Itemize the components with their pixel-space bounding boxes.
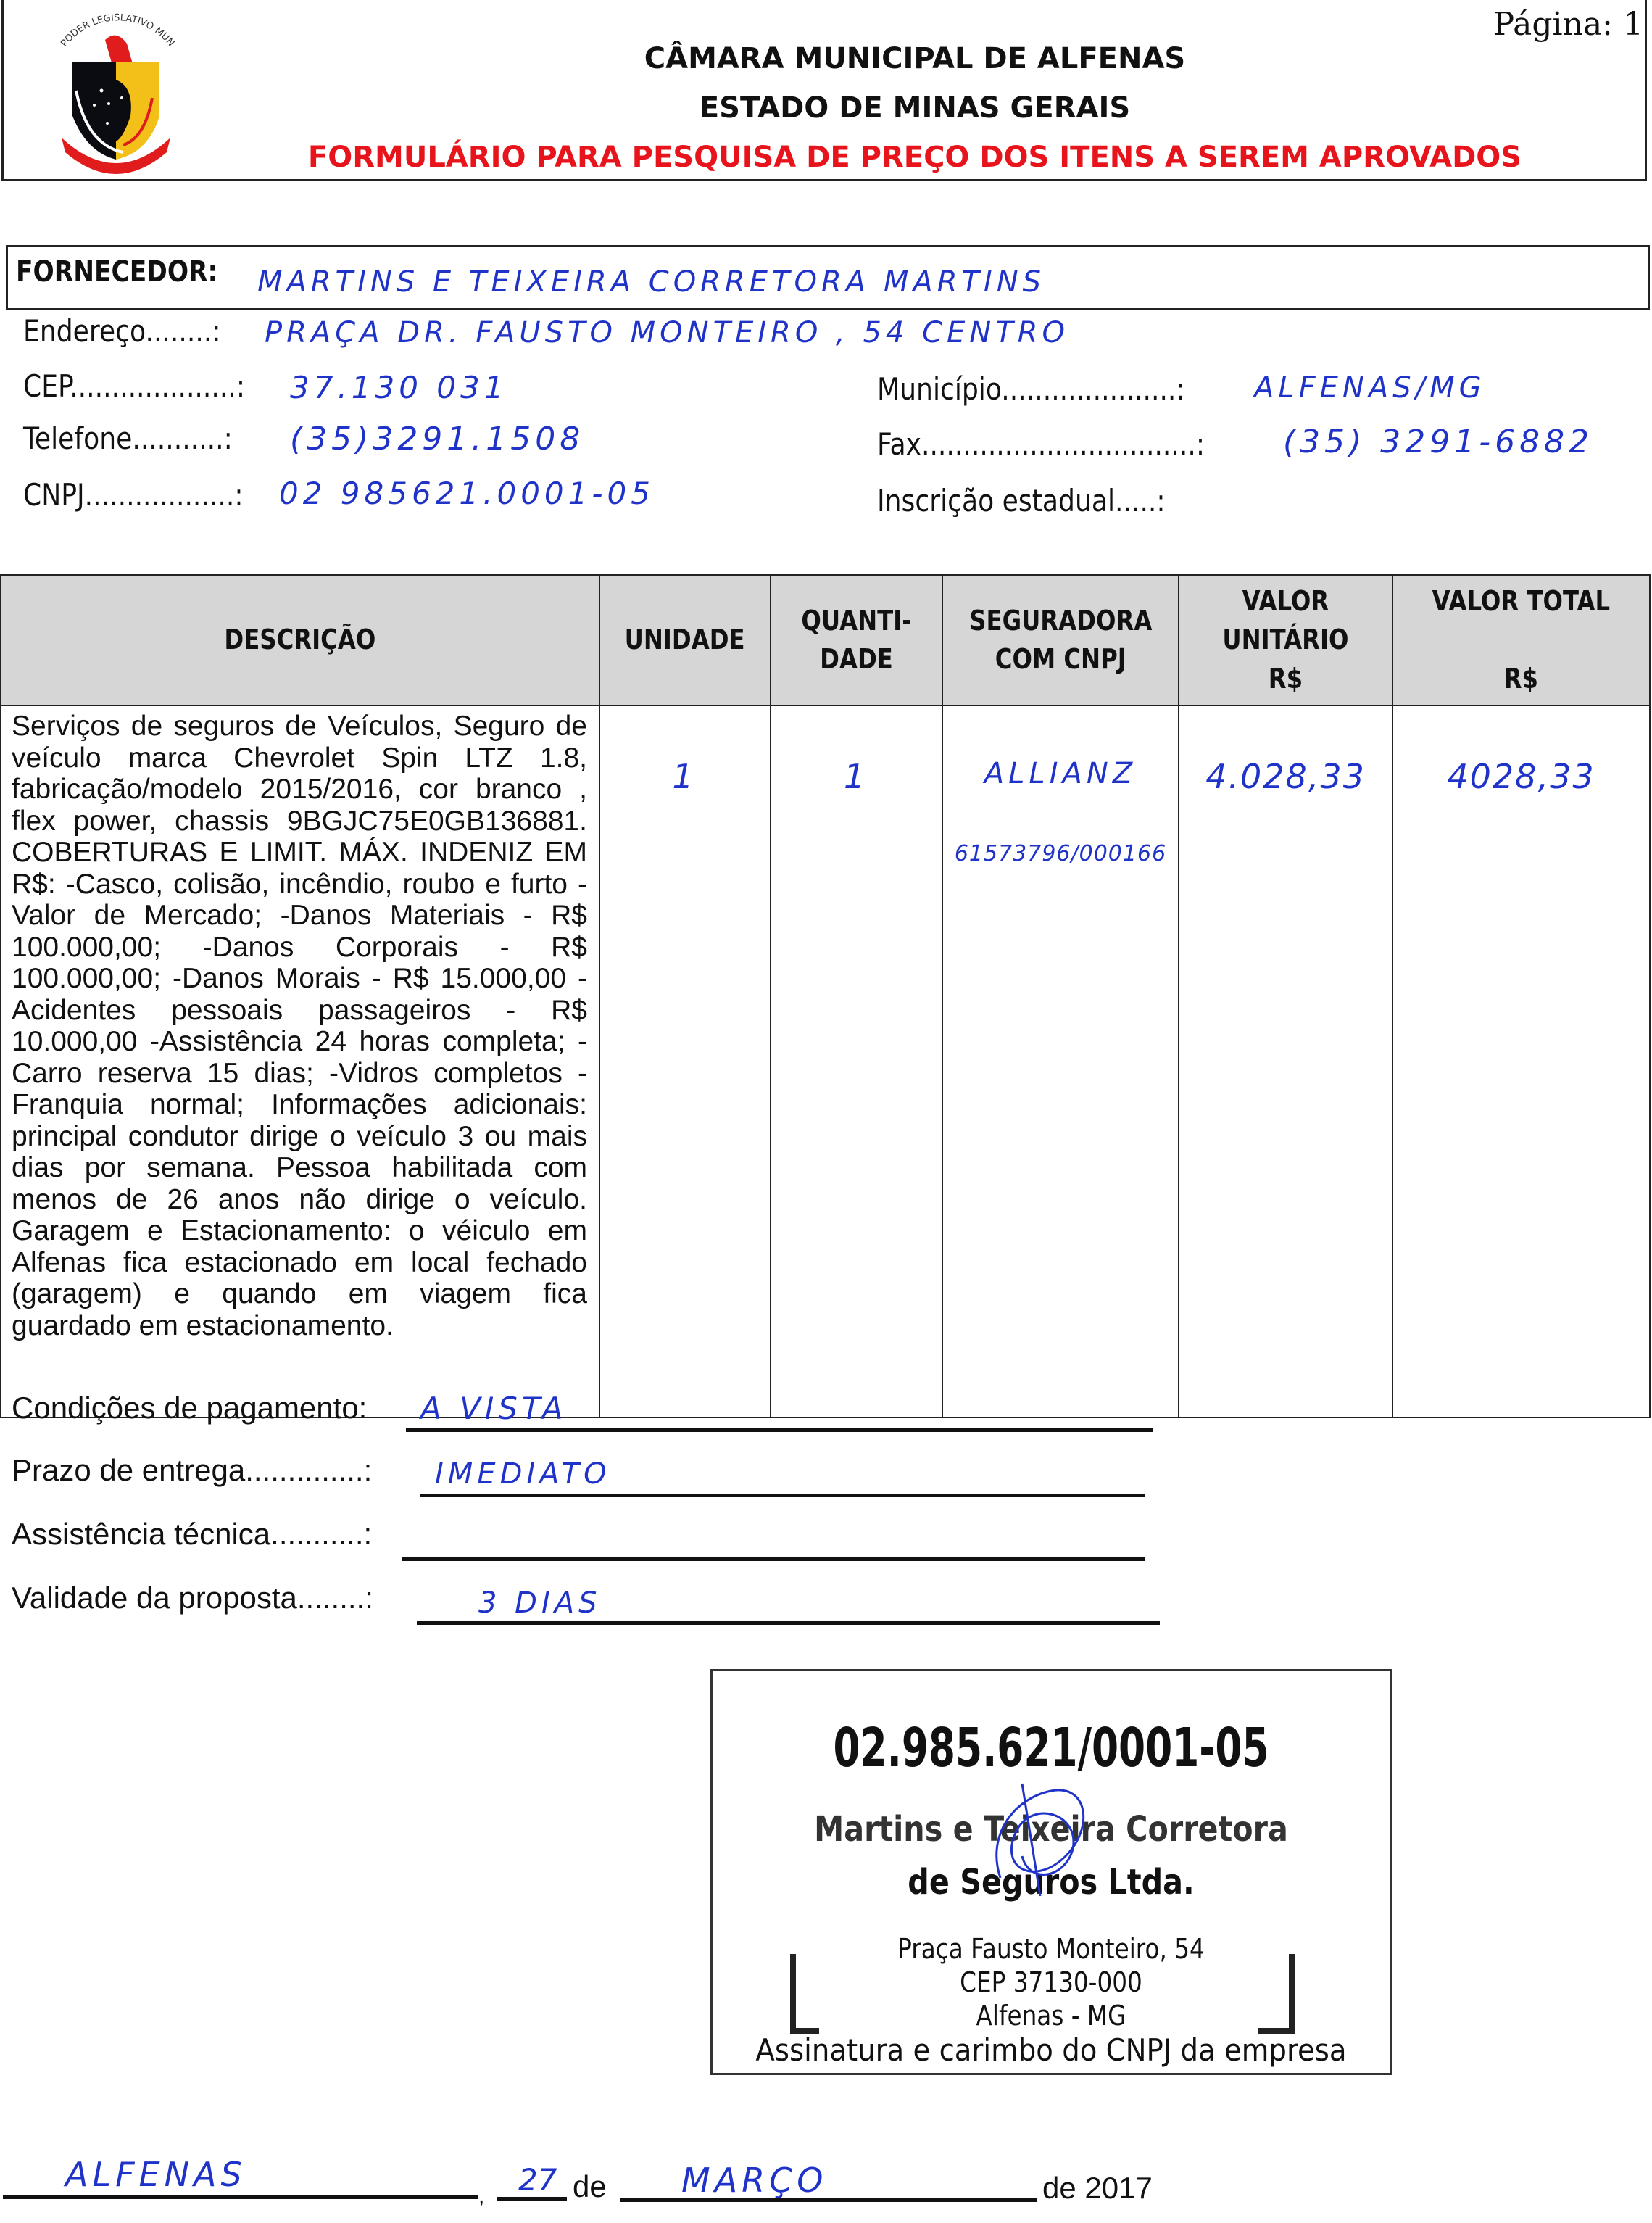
form-title: FORMULÁRIO PARA PESQUISA DE PREÇO DOS IT… [0,141,1652,174]
date-city-line [3,2195,478,2199]
seguradora-cell[interactable]: ALLIANZ 61573796/000166 [942,705,1179,1417]
assistencia-label: Assistência técnica...........: [12,1517,372,1552]
prazo-label: Prazo de entrega..............: [12,1453,372,1488]
validade-line [417,1621,1160,1625]
endereco-field[interactable]: PRAÇA DR. FAUSTO MONTEIRO , 54 CENTRO [265,316,1069,349]
table-header-row: DESCRIÇÃO UNIDADE QUANTI- DADE SEGURADOR… [1,575,1650,705]
date-day-line [497,2197,567,2201]
prazo-field[interactable]: IMEDIATO [435,1457,611,1491]
comma: , [478,2184,484,2208]
unidade-cell[interactable]: 1 [599,705,771,1417]
table-row: Serviços de seguros de Veículos, Seguro … [1,705,1650,1417]
descricao-cell: Serviços de seguros de Veículos, Seguro … [1,705,599,1417]
state-name: ESTADO DE MINAS GERAIS [0,91,1652,125]
signature-scribble-icon [971,1769,1116,1900]
supplier-label: FORNECEDOR: [16,255,217,289]
seguradora-cnpj: 61573796/000166 [943,841,1178,866]
municipio-field[interactable]: ALFENAS/MG [1254,371,1486,405]
stamp-address: Praça Fausto Monteiro, 54 [758,1933,1344,1965]
col-header-descricao: DESCRIÇÃO [1,575,599,705]
quantidade-cell[interactable]: 1 [771,705,942,1417]
fax-field[interactable]: (35) 3291-6882 [1283,423,1593,460]
inscricao-label: Inscrição estadual.....: [877,483,1166,518]
pagamento-label: Condições de pagamento: [12,1391,367,1425]
municipio-label: Município.....................: [877,371,1185,407]
stamp-city: Alfenas - MG [758,2000,1344,2032]
stamp-cep: CEP 37130-000 [758,1966,1344,1998]
col-header-seguradora: SEGURADORA COM CNPJ [942,575,1179,705]
validade-label: Validade da proposta........: [12,1581,373,1615]
cnpj-field[interactable]: 02 985621.0001-05 [279,476,655,511]
date-day-field[interactable]: 27 [518,2162,557,2198]
date-month-line [620,2198,1037,2202]
prazo-line [420,1494,1145,1497]
telefone-label: Telefone...........: [23,421,233,456]
fax-label: Fax.................................: [877,426,1205,462]
supplier-name-field[interactable]: MARTINS E TEIXEIRA CORRETORA MARTINS [257,265,1045,299]
cep-field[interactable]: 37.130 031 [290,370,507,405]
col-header-quantidade: QUANTI- DADE [771,575,942,705]
col-header-valor-total: VALOR TOTAL R$ [1392,575,1650,705]
telefone-field[interactable]: (35)3291.1508 [290,421,584,458]
date-city-field[interactable]: ALFENAS [65,2155,246,2194]
page-number: Página: 1 [1493,6,1643,43]
valor-unitario-cell[interactable]: 4.028,33 [1179,705,1392,1417]
cep-label: CEP....................: [23,368,245,404]
col-header-valor-unitario: VALOR UNITÁRIO R$ [1179,575,1392,705]
valor-total-cell[interactable]: 4028,33 [1392,705,1650,1417]
cnpj-label: CNPJ..................: [23,477,244,513]
pagamento-field[interactable]: A VISTA [420,1391,567,1426]
seguradora-name: ALLIANZ [943,757,1178,790]
col-header-unidade: UNIDADE [599,575,771,705]
org-name: CÂMARA MUNICIPAL DE ALFENAS [0,42,1652,75]
validade-field[interactable]: 3 DIAS [478,1586,602,1620]
stamp-corner-right [1289,1954,1295,2034]
date-month-field[interactable]: MARÇO [681,2161,827,2200]
de-label: de [573,2169,607,2204]
stamp-caption: Assinatura e carimbo do CNPJ da empresa [738,2032,1365,2068]
assistencia-line [402,1557,1145,1561]
stamp-corner-left [790,1954,796,2034]
items-table: DESCRIÇÃO UNIDADE QUANTI- DADE SEGURADOR… [0,574,1651,1418]
pagamento-line [406,1428,1153,1432]
year-label: de 2017 [1042,2171,1153,2206]
endereco-label: Endereço........: [23,313,220,349]
